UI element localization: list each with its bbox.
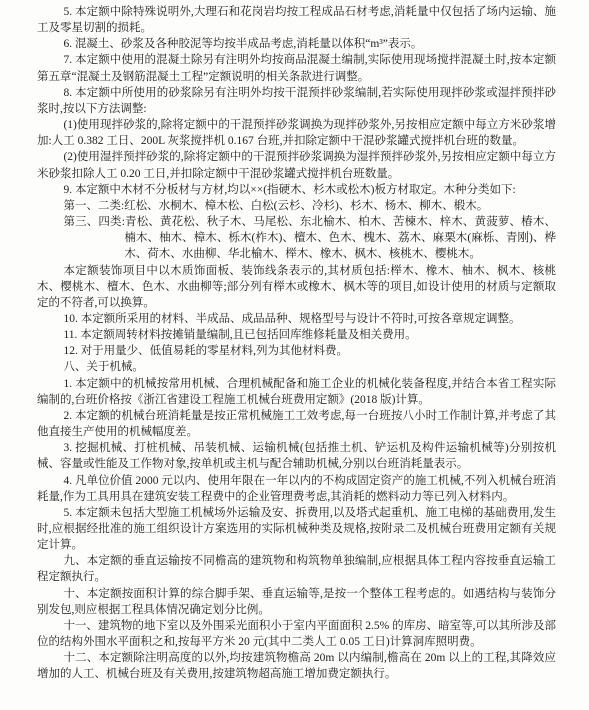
document-text-block: 5. 本定额中除特殊说明外,大理石和花岗岩均按工程成品石材考虑,消耗量中仅包括了…: [37, 4, 556, 683]
paragraph: 第一、二类:红松、水桐木、樟木松、白松(云杉、冷杉)、杉木、杨木、柳木、椴木。: [37, 198, 556, 214]
paragraph: 九、本定额的垂直运输按不同檐高的建筑物和构筑物单独编制,应根据具体工程内容按垂直…: [37, 553, 556, 585]
paragraph: 十、本定额按面积计算的综合脚手架、垂直运输等,是按一个整体工程考虑的。如遇结构与…: [37, 586, 556, 618]
paragraph: 十二、本定额除注明高度的以外,均按建筑物檐高 20m 以内编制,檐高在 20m …: [37, 650, 556, 682]
paragraph: 本定额装饰项目中以木质饰面板、装饰线条表示的,其材质包括:榉木、橡木、柚木、枫木…: [37, 263, 556, 311]
paragraph: 八、关于机械。: [37, 359, 556, 375]
paragraph: (1)使用现拌砂浆的,除将定额中的干混预拌砂浆调换为现拌砂浆外,另按相应定额中每…: [37, 117, 556, 149]
paragraph: 5. 本定额中除特殊说明外,大理石和花岗岩均按工程成品石材考虑,消耗量中仅包括了…: [37, 4, 556, 36]
paragraph: 10. 本定额所采用的材料、半成品、成品品种、规格型号与设计不符时,可按各章规定…: [37, 311, 556, 327]
paragraph: 4. 凡单位价值 2000 元以内、使用年限在一年以内的不构成固定资产的施工机械…: [37, 473, 556, 505]
paragraph: 3. 挖掘机械、打桩机械、吊装机械、运输机械(包括推土机、铲运机及构件运输机械等…: [37, 440, 556, 472]
paragraph: 12. 对于用量少、低值易耗的零星材料,列为其他材料费。: [37, 343, 556, 359]
paragraph: 7. 本定额中使用的混凝土除另有注明外均按商品混凝土编制,实际使用现场搅拌混凝土…: [37, 52, 556, 84]
paragraph: 11. 本定额周转材料按摊销量编制,且已包括回库维修耗量及相关费用。: [37, 327, 556, 343]
document-page: 5. 本定额中除特殊说明外,大理石和花岗岩均按工程成品石材考虑,消耗量中仅包括了…: [0, 0, 589, 710]
paragraph: 6. 混凝土、砂浆及各种胶泥等均按半成品考虑,消耗量以体积“m³”表示。: [37, 36, 556, 52]
paragraph: 十一、建筑物的地下室以及外围采光面积小于室内平面面积 2.5% 的库房、暗室等,…: [37, 618, 556, 650]
paragraph: (2)使用湿拌预拌砂浆的,除将定额中的干混预拌砂浆调换为湿拌预拌砂浆外,另按相应…: [37, 149, 556, 181]
paragraph: 9. 本定额中木材不分板材与方材,均以××(指硬木、杉木或松木)板方材取定。木种…: [37, 182, 556, 198]
paragraph: 1. 本定额中的机械按常用机械、合理机械配备和施工企业的机械化装备程度,并结合本…: [37, 376, 556, 408]
paragraph: 8. 本定额中所使用的砂浆除另有注明外均按干混预拌砂浆编制,若实际使用现拌砂浆或…: [37, 85, 556, 117]
paragraph: 第三、四类:青松、黄花松、秋子木、马尾松、东北榆木、柏木、苦楝木、梓木、黄菠萝、…: [37, 214, 556, 262]
paragraph: 5. 本定额未包括大型施工机械场外运输及安、拆费用,以及塔式起重机、施工电梯的基…: [37, 505, 556, 553]
paragraph: 2. 本定额的机械台班消耗量是按正常机械施工工效考虑,每一台班按八小时工作制计算…: [37, 408, 556, 440]
